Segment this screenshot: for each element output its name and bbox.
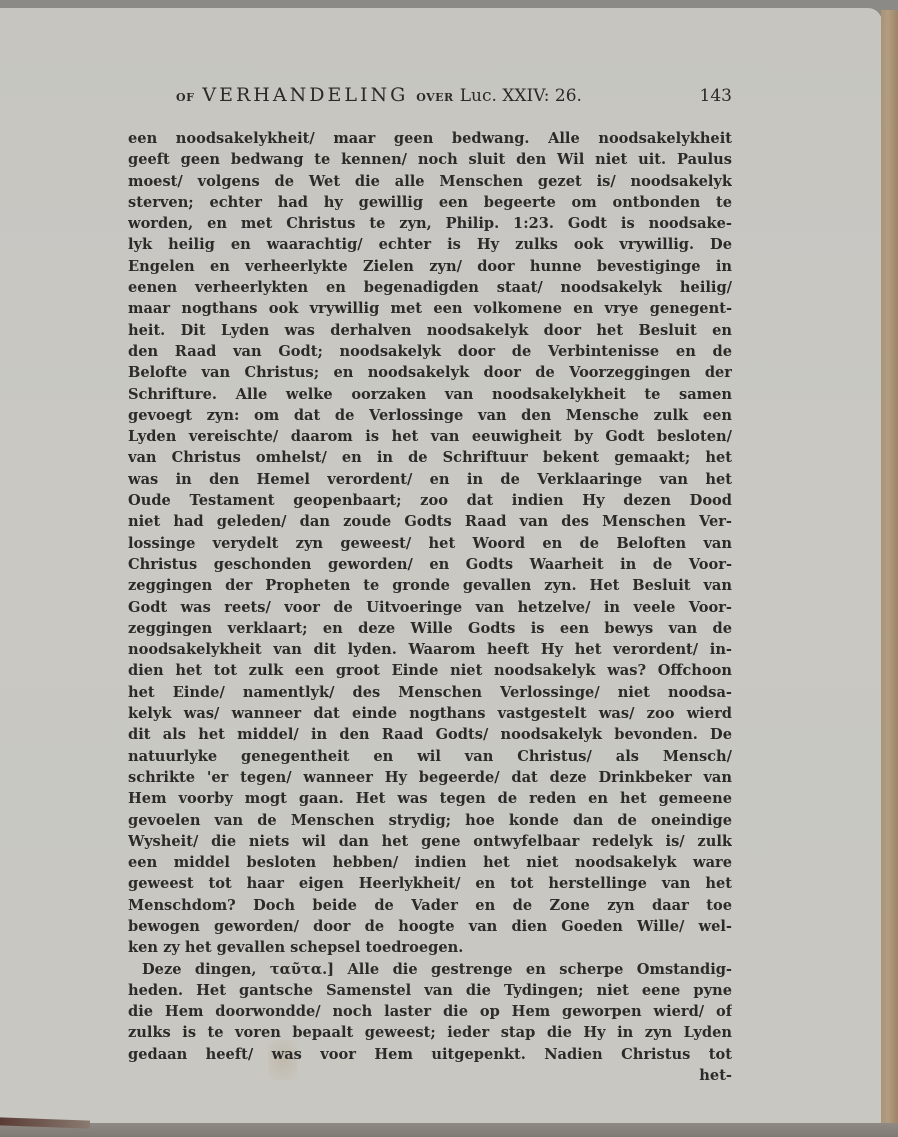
paragraph-2-line: die Hem doorwondde/ noch laster die op H…: [128, 1001, 732, 1022]
text-line: zeggingen verklaart; en deze Wille Godts…: [128, 618, 732, 639]
text-line: schrikte 'er tegen/ wanneer Hy begeerde/…: [128, 767, 732, 788]
text-line: Hem voorby mogt gaan. Het was tegen de r…: [128, 788, 732, 809]
page-number: 143: [700, 86, 732, 106]
text-line: een middel besloten hebben/ indien het n…: [128, 852, 732, 873]
text-line: gevoegt zyn: om dat de Verlossinge van d…: [128, 405, 732, 426]
text-line: gevoelen van de Menschen strydig; hoe ko…: [128, 810, 732, 831]
text-line: heit. Dit Lyden was derhalven noodsakely…: [128, 320, 732, 341]
body-text: een noodsakelykheit/ maar geen bedwang. …: [128, 128, 732, 1086]
text-line: een noodsakelykheit/ maar geen bedwang. …: [128, 128, 732, 149]
text-line: geweest tot haar eigen Heerlykheit/ en t…: [128, 873, 732, 894]
text-line: Engelen en verheerlykte Zielen zyn/ door…: [128, 256, 732, 277]
text-line: natuurlyke genegentheit en wil van Chris…: [128, 746, 732, 767]
text-line: noodsakelykheit van dit lyden. Waarom he…: [128, 639, 732, 660]
text-line: bewogen geworden/ door de hoogte van die…: [128, 916, 732, 937]
text-line: Wysheit/ die niets wil dan het gene ontw…: [128, 831, 732, 852]
header-title: VERHANDELING: [202, 84, 408, 106]
text-line: zeggingen der Propheten te gronde gevall…: [128, 575, 732, 596]
text-line: niet had geleden/ dan zoude Godts Raad v…: [128, 511, 732, 532]
text-line: eenen verheerlykten en begenadigden staa…: [128, 277, 732, 298]
text-line: moest/ volgens de Wet die alle Menschen …: [128, 171, 732, 192]
text-line: geeft geen bedwang te kennen/ noch sluit…: [128, 149, 732, 170]
paragraph-2-line: gedaan heeft/ was voor Hem uitgepenkt. N…: [128, 1044, 732, 1065]
text-line: dit als het middel/ in den Raad Godts/ n…: [128, 724, 732, 745]
text-line: Lyden vereischte/ daarom is het van eeuw…: [128, 426, 732, 447]
text-line: maar nogthans ook vrywillig met een volk…: [128, 298, 732, 319]
catchword: het-: [128, 1065, 732, 1086]
text-line: den Raad van Godt; noodsakelyk door de V…: [128, 341, 732, 362]
text-line: kelyk was/ wanneer dat einde nogthans va…: [128, 703, 732, 724]
text-line: worden, en met Christus te zyn, Philip. …: [128, 213, 732, 234]
text-line: Christus geschonden geworden/ en Godts W…: [128, 554, 732, 575]
header-reference: Luc. XXIV: 26.: [460, 86, 582, 106]
paragraph-2-line: Deze dingen, ταῦτα.] Alle die gestrenge …: [128, 959, 732, 980]
text-line: sterven; echter had hy gewillig een bege…: [128, 192, 732, 213]
text-line: Belofte van Christus; en noodsakelyk doo…: [128, 362, 732, 383]
text-line: dien het tot zulk een groot Einde niet n…: [128, 660, 732, 681]
page-edge: [881, 10, 898, 1130]
text-line: lossinge verydelt zyn geweest/ het Woord…: [128, 533, 732, 554]
paragraph-2-line: heden. Het gantsche Samenstel van die Ty…: [128, 980, 732, 1001]
paragraph-2-line: zulks is te voren bepaalt geweest; ieder…: [128, 1022, 732, 1043]
running-header: OF VERHANDELING OVER Luc. XXIV: 26. 143: [176, 84, 732, 106]
header-over: OVER: [416, 91, 453, 104]
text-line: was in den Hemel verordent/ en in de Ver…: [128, 469, 732, 490]
text-line: Oude Testament geopenbaart; zoo dat indi…: [128, 490, 732, 511]
text-line: Godt was reets/ voor de Uitvoeringe van …: [128, 597, 732, 618]
text-line: lyk heilig en waarachtig/ echter is Hy z…: [128, 234, 732, 255]
text-line: Schrifture. Alle welke oorzaken van nood…: [128, 384, 732, 405]
text-line: Menschdom? Doch beide de Vader en de Zon…: [128, 895, 732, 916]
book-bottom-edge: [0, 1123, 898, 1137]
header-prefix: OF: [176, 91, 194, 104]
text-line: van Christus omhelst/ en in de Schriftuu…: [128, 447, 732, 468]
text-line: het Einde/ namentlyk/ des Menschen Verlo…: [128, 682, 732, 703]
text-line: ken zy het gevallen schepsel toedroegen.: [128, 937, 732, 958]
